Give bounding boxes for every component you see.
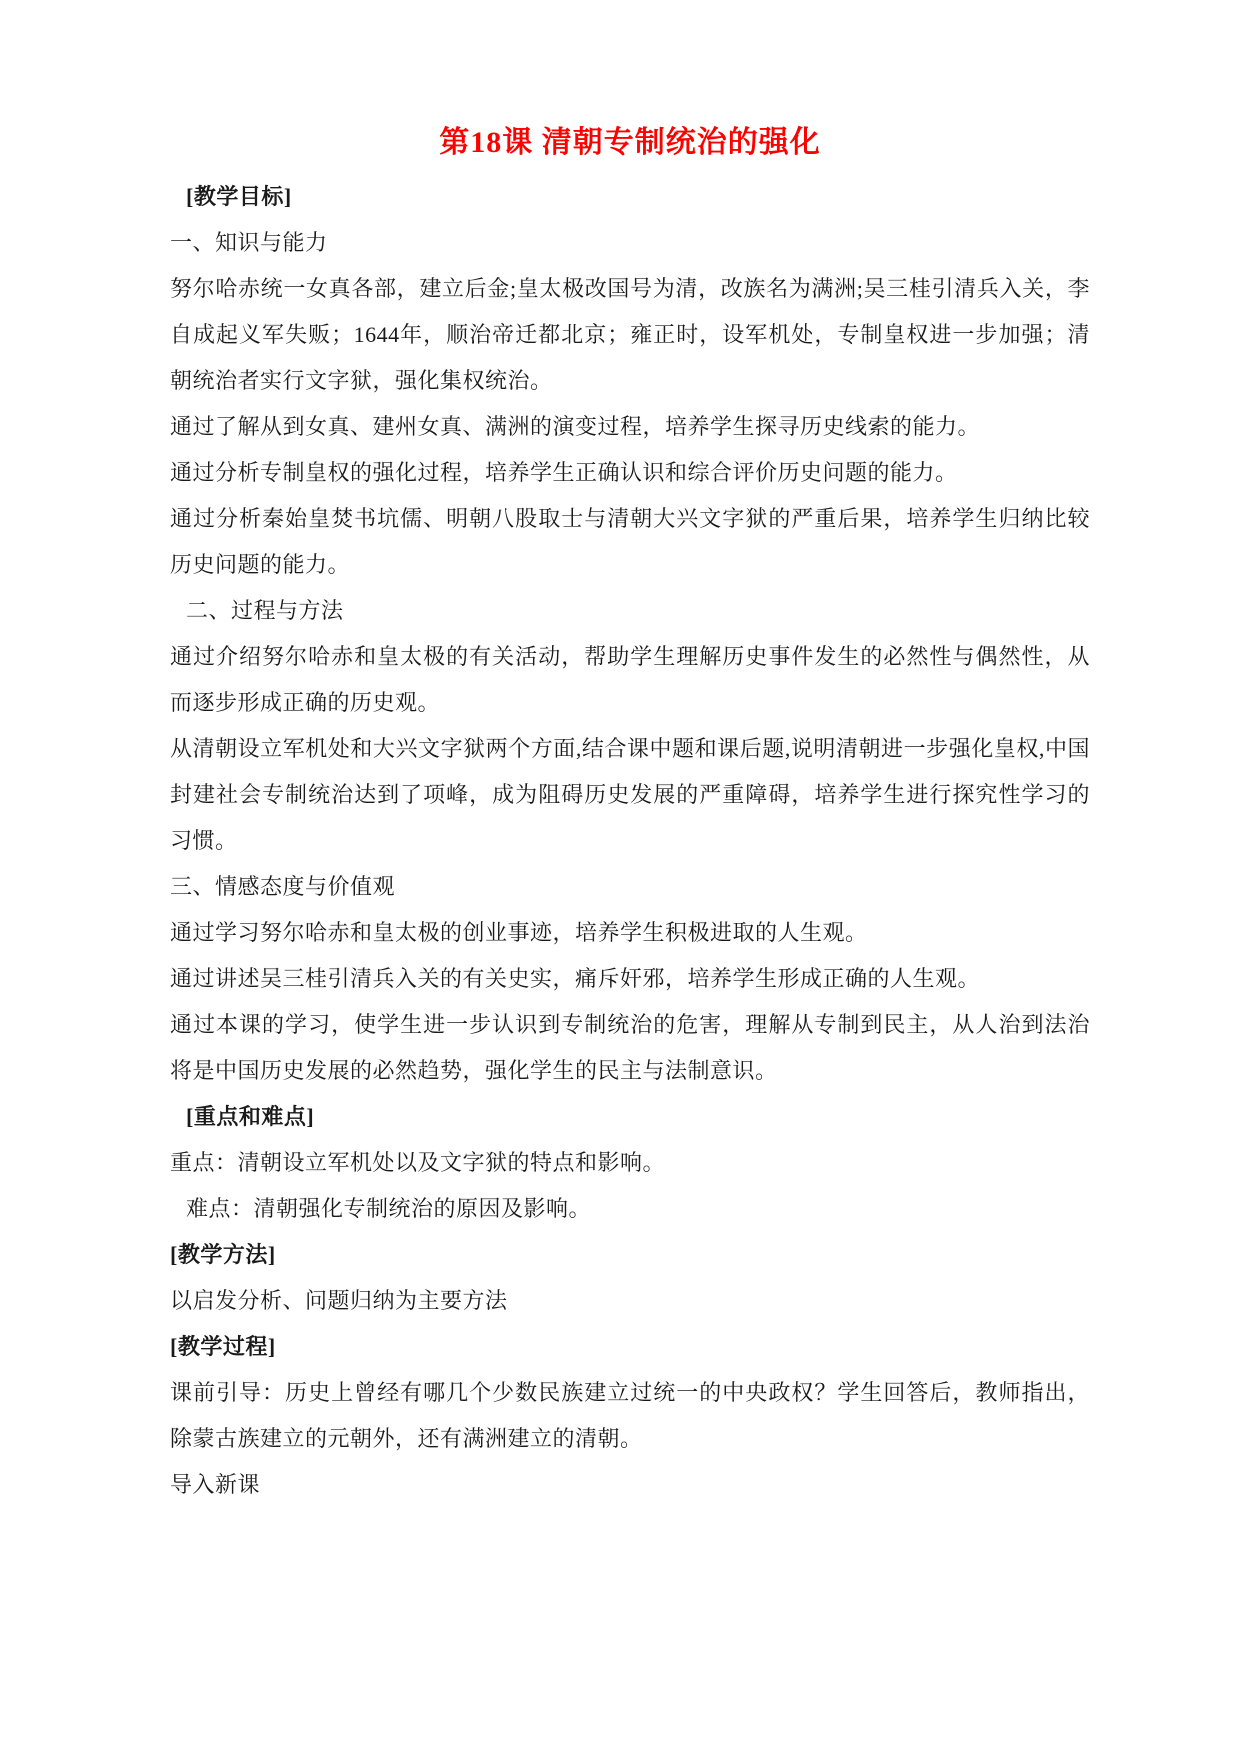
paragraph: 通过讲述吴三桂引清兵入关的有关史实，痛斥奸邪，培养学生形成正确的人生观。 [170, 956, 1090, 1002]
paragraph: 通过学习努尔哈赤和皇太极的创业事迹，培养学生积极进取的人生观。 [170, 910, 1090, 956]
paragraph-difficult-point: 难点：清朝强化专制统治的原因及影响。 [170, 1186, 1090, 1232]
section-heading-teaching-method: [教学方法] [170, 1232, 1090, 1278]
document-page: 第18课 清朝专制统治的强化 [教学目标] 一、知识与能力 努尔哈赤统一女真各部… [0, 0, 1241, 1754]
paragraph: 通过分析专制皇权的强化过程，培养学生正确认识和综合评价历史问题的能力。 [170, 450, 1090, 496]
section-heading-key-difficult-points: [重点和难点] [170, 1094, 1090, 1140]
paragraph: 通过分析秦始皇焚书坑儒、明朝八股取士与清朝大兴文字狱的严重后果，培养学生归纳比较… [170, 496, 1090, 588]
subsection-knowledge-ability: 一、知识与能力 [170, 220, 1090, 266]
paragraph: 通过了解从到女真、建州女真、满洲的演变过程，培养学生探寻历史线索的能力。 [170, 404, 1090, 450]
lesson-title: 第18课 清朝专制统治的强化 [170, 118, 1090, 168]
section-heading-teaching-process: [教学过程] [170, 1324, 1090, 1370]
paragraph: 通过介绍努尔哈赤和皇太极的有关活动，帮助学生理解历史事件发生的必然性与偶然性，从… [170, 634, 1090, 726]
paragraph-key-point: 重点：清朝设立军机处以及文字狱的特点和影响。 [170, 1140, 1090, 1186]
paragraph-new-lesson-intro: 导入新课 [170, 1462, 1090, 1508]
subsection-emotion-values: 三、情感态度与价值观 [170, 864, 1090, 910]
section-heading-teaching-objectives: [教学目标] [170, 174, 1090, 220]
subsection-process-method: 二、过程与方法 [170, 588, 1090, 634]
paragraph: 通过本课的学习，使学生进一步认识到专制统治的危害，理解从专制到民主，从人治到法治… [170, 1002, 1090, 1094]
paragraph: 努尔哈赤统一女真各部，建立后金;皇太极改国号为清，改族名为满洲;吴三桂引清兵入关… [170, 266, 1090, 404]
paragraph-pre-class-guide: 课前引导：历史上曾经有哪几个少数民族建立过统一的中央政权？学生回答后，教师指出，… [170, 1370, 1090, 1462]
paragraph: 从清朝设立军机处和大兴文字狱两个方面,结合课中题和课后题,说明清朝进一步强化皇权… [170, 726, 1090, 864]
paragraph-method: 以启发分析、问题归纳为主要方法 [170, 1278, 1090, 1324]
